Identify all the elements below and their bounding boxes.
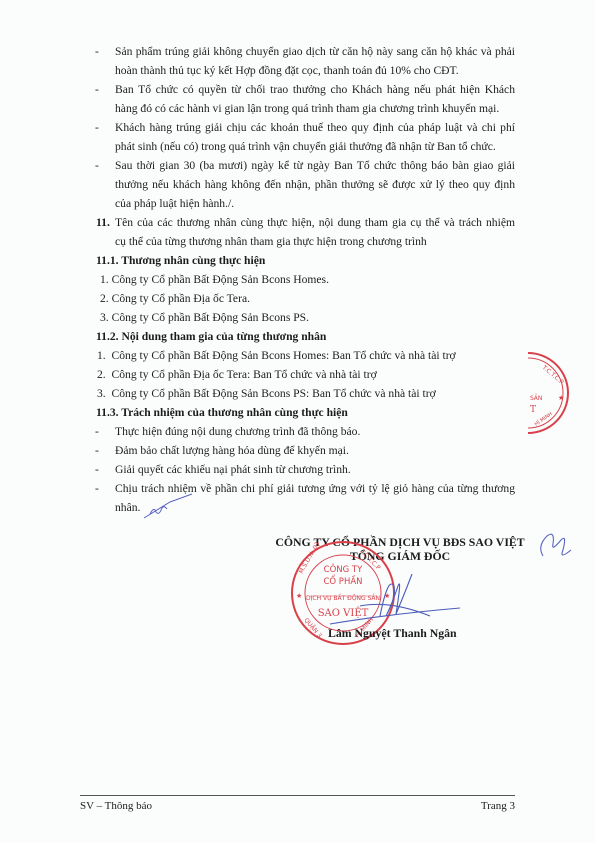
bullet-text: Đảm bảo chất lượng hàng hóa dùng để khyế… [115, 444, 349, 458]
initial-mark-icon [140, 492, 200, 522]
bullet-text: Ban Tổ chức có quyền từ chối trao thưởng… [115, 83, 515, 97]
list-item: 1. Công ty Cổ phần Bất Động Sản Bcons Ho… [97, 349, 456, 363]
list-item: 2. Công ty Cổ phần Địa ốc Tera. [100, 292, 250, 306]
partial-stamp-icon: T.C.T.C.P SẢN ★ T HÍ MINH [528, 348, 595, 438]
document-page: - Sản phẩm trúng giải không chuyển giao … [0, 0, 595, 842]
bullet-dash: - [95, 444, 99, 458]
bullet-dash: - [95, 463, 99, 477]
svg-text:M.S.D.N: 03: M.S.D.N: 03 [298, 541, 322, 575]
bullet-text: phát sinh (nếu có) trong quá trình vận c… [115, 140, 496, 154]
bullet-text: Thực hiện đúng nội dung chương trình đã … [115, 425, 360, 439]
signatory-name: Lâm Nguyệt Thanh Ngân [328, 626, 457, 640]
bullet-text: Sau thời gian 30 (ba mươi) ngày kể từ ng… [115, 159, 515, 173]
subsection-heading: 11.2. Nội dung tham gia của từng thương … [96, 330, 326, 344]
bullet-dash: - [95, 45, 99, 59]
bullet-text: hàng đó có các hành vi gian lận trong qu… [115, 102, 499, 116]
section-title: Tên của các thương nhân cùng thực hiện, … [115, 216, 515, 230]
list-item: 2. Công ty Cổ phần Địa ốc Tera: Ban Tổ c… [97, 368, 377, 382]
bullet-text: Sản phẩm trúng giải không chuyển giao dị… [115, 45, 515, 59]
bullet-text: Khách hàng trúng giải chịu các khoản thu… [115, 121, 515, 135]
list-item: 3. Công ty Cổ phần Bất Động Sản Bcons PS… [100, 311, 309, 325]
subsection-heading: 11.3. Trách nhiệm của thương nhân cùng t… [96, 406, 348, 420]
svg-text:T.C.T.C.P: T.C.T.C.P [540, 364, 565, 387]
footer-left-text: SV – Thông báo [80, 799, 152, 813]
svg-text:SẢN: SẢN [530, 394, 542, 402]
bullet-dash: - [95, 121, 99, 135]
bullet-text: Giải quyết các khiếu nại phát sinh từ ch… [115, 463, 351, 477]
bullet-dash: - [95, 159, 99, 173]
bullet-dash: - [95, 482, 99, 496]
page-number: Trang 3 [475, 799, 515, 813]
section-title: cụ thể của từng thương nhân tham gia thự… [115, 235, 427, 249]
bullet-text: hoàn thành thủ tục ký kết Hợp đồng đặt c… [115, 64, 459, 78]
svg-text:★: ★ [296, 592, 302, 600]
list-item: 3. Công ty Cổ phần Bất Động Sản Bcons PS… [97, 387, 436, 401]
subsection-heading: 11.1. Thương nhân cùng thực hiện [96, 254, 265, 268]
section-number: 11. [96, 216, 110, 230]
bullet-text: thưởng nếu khách hàng không đến nhận, ph… [115, 178, 515, 192]
bullet-text: của pháp luật hiện hành./. [115, 197, 234, 211]
list-item: 1. Công ty Cổ phần Bất Động Sản Bcons Ho… [100, 273, 329, 287]
bullet-dash: - [95, 425, 99, 439]
bullet-dash: - [95, 83, 99, 97]
bullet-text: nhân. [115, 501, 140, 515]
director-signature-icon [320, 568, 470, 628]
svg-text:★: ★ [558, 394, 564, 402]
svg-text:T: T [530, 405, 536, 415]
footer-divider [80, 795, 515, 796]
